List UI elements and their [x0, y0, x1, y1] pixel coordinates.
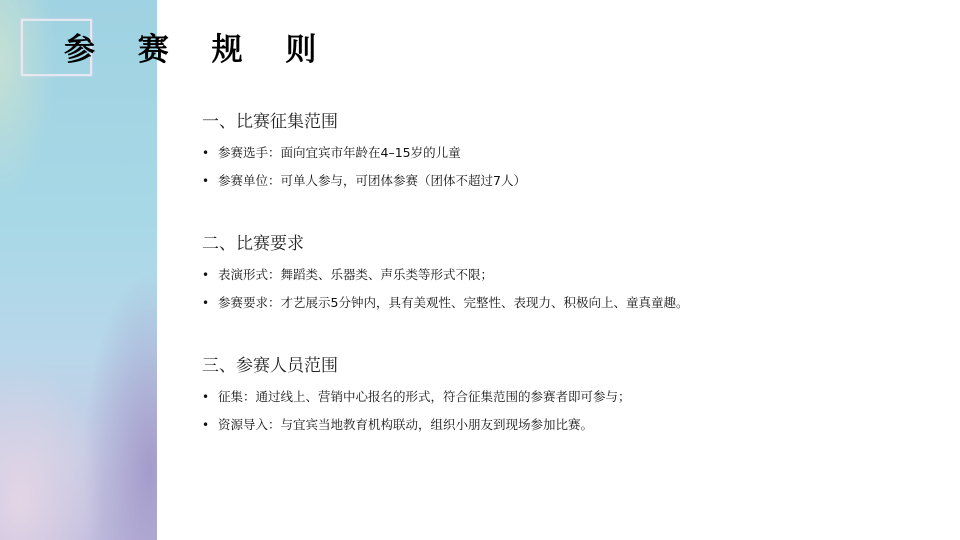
- list-item-text: 表演形式：舞蹈类、乐器类、声乐类等形式不限；: [218, 267, 493, 282]
- section-heading: 二、比赛要求: [202, 233, 688, 255]
- list-item: • 征集：通过线上、营销中心报名的形式，符合征集范围的参赛者即可参与；: [202, 389, 631, 405]
- section-scope: 一、比赛征集范围 • 参赛选手：面向宜宾市年龄在4–15岁的儿童 • 参赛单位：…: [202, 111, 526, 189]
- bullet-icon: •: [202, 173, 209, 189]
- list-item: • 参赛要求：才艺展示5分钟内，具有美观性、完整性、表现力、积极向上、童真童趣。: [202, 295, 688, 311]
- section-requirements: 二、比赛要求 • 表演形式：舞蹈类、乐器类、声乐类等形式不限； • 参赛要求：才…: [202, 233, 688, 311]
- list-item: • 参赛选手：面向宜宾市年龄在4–15岁的儿童: [202, 145, 526, 161]
- list-item-text: 参赛选手：面向宜宾市年龄在4–15岁的儿童: [218, 145, 461, 160]
- section-heading: 一、比赛征集范围: [202, 111, 526, 133]
- bullet-icon: •: [202, 295, 209, 311]
- list-item: • 资源导入：与宜宾当地教育机构联动，组织小朋友到现场参加比赛。: [202, 417, 631, 433]
- list-item-text: 征集：通过线上、营销中心报名的形式，符合征集范围的参赛者即可参与；: [218, 389, 631, 404]
- bullet-icon: •: [202, 389, 209, 405]
- list-item-text: 参赛要求：才艺展示5分钟内，具有美观性、完整性、表现力、积极向上、童真童趣。: [218, 295, 688, 310]
- bullet-icon: •: [202, 145, 209, 161]
- bullet-icon: •: [202, 267, 209, 283]
- list-item-text: 参赛单位：可单人参与，可团体参赛（团体不超过7人）: [218, 173, 526, 188]
- page-title: 参 赛 规 则: [64, 30, 332, 70]
- bullet-icon: •: [202, 417, 209, 433]
- section-heading: 三、参赛人员范围: [202, 355, 631, 377]
- list-item: • 参赛单位：可单人参与，可团体参赛（团体不超过7人）: [202, 173, 526, 189]
- section-participants: 三、参赛人员范围 • 征集：通过线上、营销中心报名的形式，符合征集范围的参赛者即…: [202, 355, 631, 433]
- decorative-gradient-sidebar: [0, 0, 157, 540]
- list-item: • 表演形式：舞蹈类、乐器类、声乐类等形式不限；: [202, 267, 688, 283]
- list-item-text: 资源导入：与宜宾当地教育机构联动，组织小朋友到现场参加比赛。: [218, 417, 593, 432]
